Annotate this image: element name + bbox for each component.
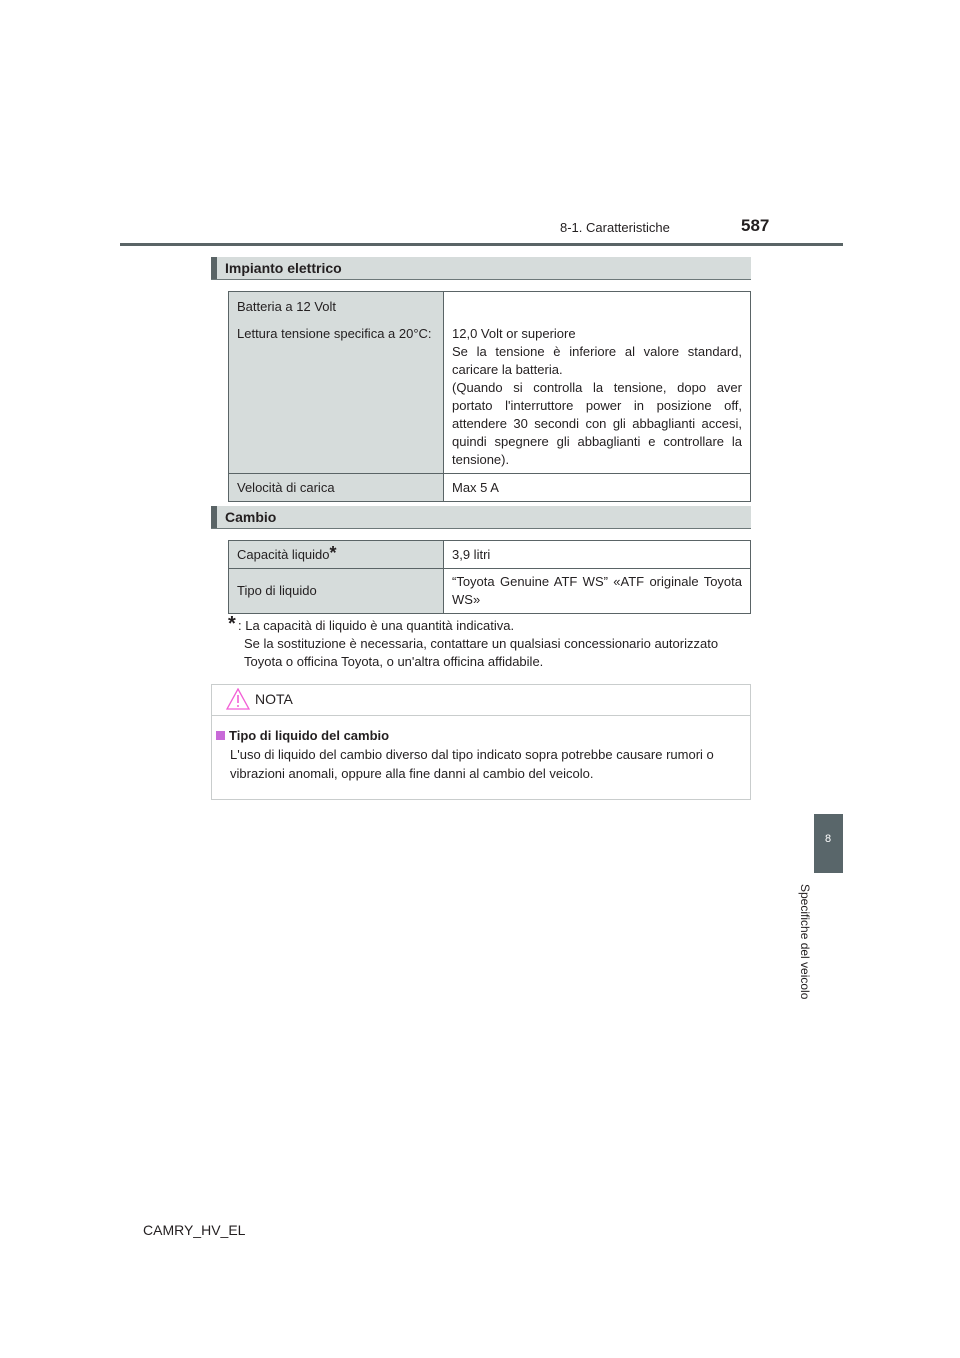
fluid-value: “Toyota Genuine ATF WS” «ATF originale T… — [444, 569, 751, 614]
reading-value: 12,0 Volt or superiore — [452, 325, 742, 343]
table-row: Capacità liquido* 3,9 litri — [229, 541, 751, 569]
capacity-value: 3,9 litri — [444, 541, 751, 569]
note-text: L'uso di liquido del cambio diverso dal … — [216, 745, 750, 783]
heading-marker — [211, 506, 217, 528]
note-label: NOTA — [255, 691, 293, 707]
reading-label: Lettura tensione specifica a 20°C: — [237, 325, 435, 343]
note-box: NOTA Tipo di liquido del cambio L'uso di… — [211, 684, 751, 800]
battery-label-cell: Batteria a 12 Volt Lettura tensione spec… — [229, 292, 444, 474]
charge-label: Velocità di carica — [229, 474, 444, 502]
note-subtitle: Tipo di liquido del cambio — [216, 726, 750, 745]
footnote-marker: * — [330, 543, 337, 563]
note-body: Tipo di liquido del cambio L'uso di liqu… — [212, 716, 750, 783]
chapter-number: 8 — [825, 833, 831, 845]
page-number: 587 — [741, 216, 769, 236]
capacity-label: Capacità liquido — [237, 547, 330, 562]
note-subtitle-text: Tipo di liquido del cambio — [229, 728, 389, 743]
section-electrical-heading: Impianto elettrico — [211, 257, 751, 280]
section-transmission-heading: Cambio — [211, 506, 751, 529]
battery-label: Batteria a 12 Volt — [237, 298, 435, 316]
charge-value: Max 5 A — [444, 474, 751, 502]
reading-procedure: (Quando si controlla la tensione, dopo a… — [452, 379, 742, 469]
heading-marker — [211, 257, 217, 279]
footnote-line-2: Se la sostituzione è necessaria, contatt… — [228, 635, 748, 671]
chapter-tab[interactable]: 8 — [814, 814, 843, 873]
transmission-spec-table: Capacità liquido* 3,9 litri Tipo di liqu… — [228, 540, 751, 614]
table-row: Tipo di liquido “Toyota Genuine ATF WS” … — [229, 569, 751, 614]
section-title: Cambio — [225, 509, 276, 525]
footnote-marker: * — [228, 615, 236, 633]
note-header: NOTA — [212, 685, 750, 716]
table-row: Velocità di carica Max 5 A — [229, 474, 751, 502]
reading-instruction: Se la tensione è inferiore al valore sta… — [452, 343, 742, 379]
model-code: CAMRY_HV_EL — [143, 1222, 245, 1238]
square-bullet-icon — [216, 731, 225, 740]
header-rule — [120, 243, 843, 246]
footnote-line-1: : La capacità di liquido è una quantità … — [228, 617, 748, 635]
section-title: Impianto elettrico — [225, 260, 342, 276]
section-header: 8-1. Caratteristiche — [560, 220, 670, 235]
warning-triangle-icon — [226, 688, 250, 715]
fluid-label: Tipo di liquido — [229, 569, 444, 614]
footnote: * : La capacità di liquido è una quantit… — [228, 617, 748, 671]
electrical-spec-table: Batteria a 12 Volt Lettura tensione spec… — [228, 291, 751, 502]
capacity-label-cell: Capacità liquido* — [229, 541, 444, 569]
table-row: Batteria a 12 Volt Lettura tensione spec… — [229, 292, 751, 474]
chapter-label: Specifiche del veicolo — [798, 884, 812, 999]
reading-value-cell: 12,0 Volt or superiore Se la tensione è … — [444, 292, 751, 474]
